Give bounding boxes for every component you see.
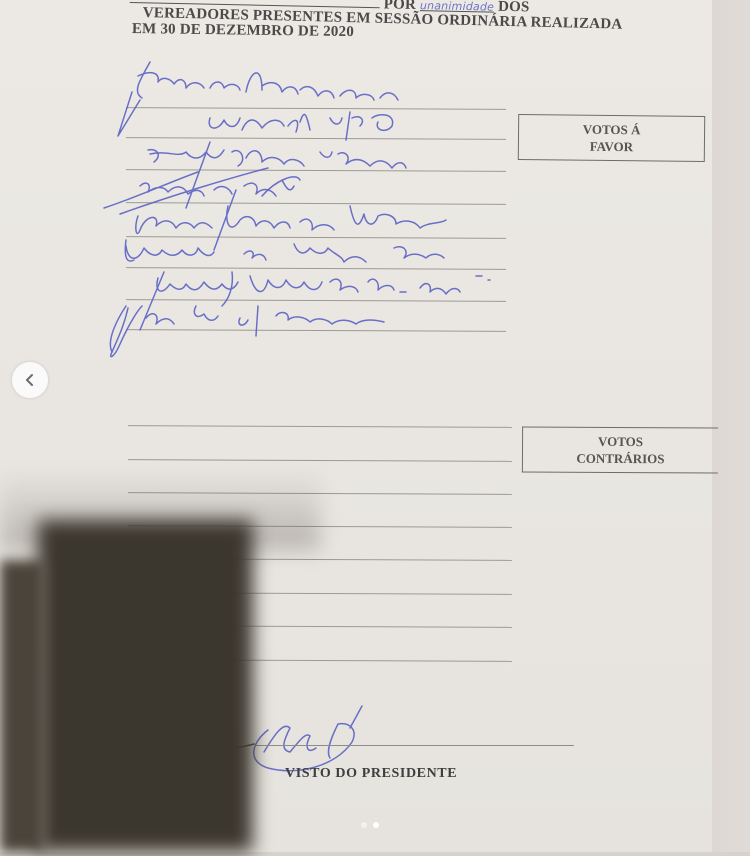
votes-in-favor-box: VOTOS Á FAVOR	[518, 114, 705, 162]
president-signature-line	[256, 745, 574, 746]
votes-against-label-1: VOTOS	[523, 432, 718, 450]
carousel-dot-1[interactable]	[361, 822, 367, 828]
votes-against-box: VOTOS CONTRÁRIOS	[522, 426, 718, 473]
votes-in-favor-label-1: VOTOS Á	[519, 120, 704, 139]
carousel-prev-button[interactable]	[12, 362, 48, 398]
shadow-overlay	[38, 520, 253, 852]
chevron-left-icon	[23, 373, 37, 387]
header-line-3: EM 30 DE DEZEMBRO DE 2020	[132, 21, 354, 41]
votes-in-favor-label-2: FAVOR	[519, 137, 704, 156]
votes-against-label-2: CONTRÁRIOS	[523, 449, 718, 467]
carousel-pagination	[361, 822, 379, 828]
bottom-edge	[0, 852, 750, 856]
carousel-dot-2[interactable]	[373, 822, 379, 828]
shadow-overlay-left	[0, 560, 45, 852]
president-visa-label: VISTO DO PRESIDENTE	[285, 766, 457, 782]
